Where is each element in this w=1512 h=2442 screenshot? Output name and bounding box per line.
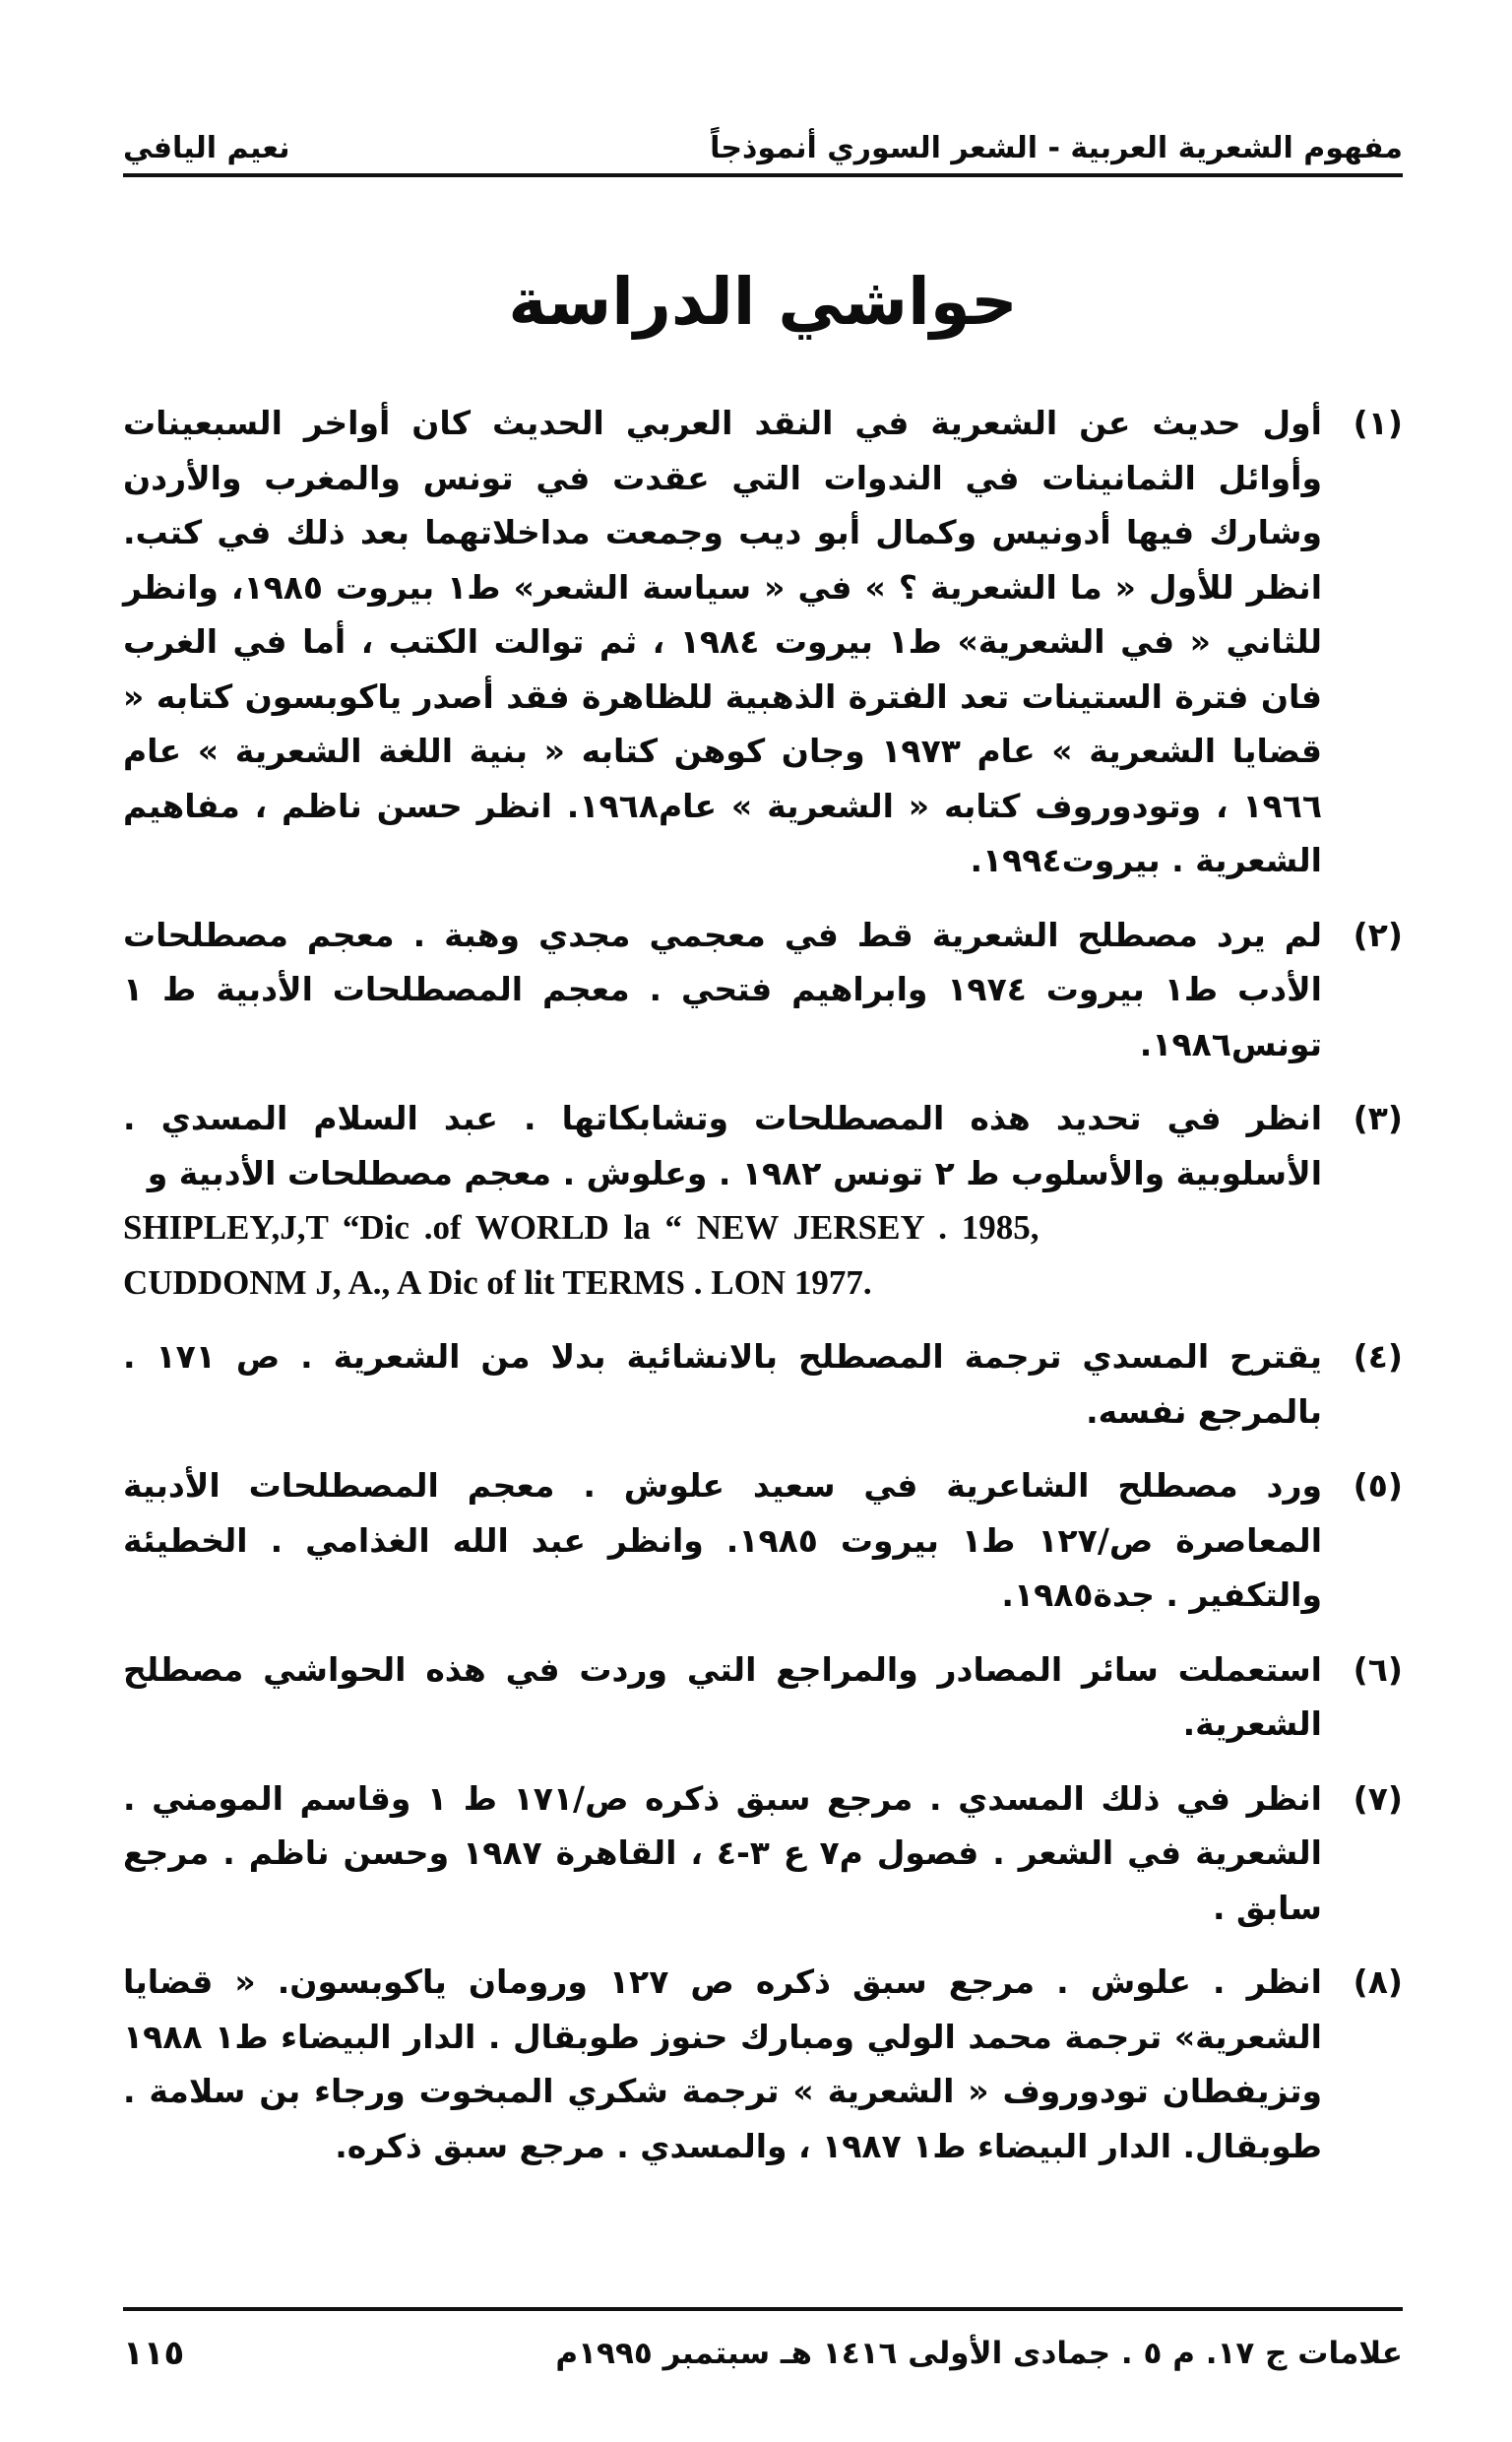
note-3: (٣) انظر في تحديد هذه المصطلحات وتشابكات…: [123, 1091, 1403, 1310]
note-2: (٢) لم يرد مصطلح الشعرية قط في معجمي مجد…: [123, 908, 1403, 1072]
note-5: (٥) ورد مصطلح الشاعرية في سعيد علوش . مع…: [123, 1458, 1403, 1623]
author-name: نعيم اليافي: [123, 131, 289, 165]
book-title: مفهوم الشعرية العربية - الشعر السوري أنم…: [710, 131, 1403, 165]
note-text: ورد مصطلح الشاعرية في سعيد علوش . معجم ا…: [123, 1466, 1322, 1614]
note-latin-reference: CUDDONM J, A., A Dic of lit TERMS . LON …: [123, 1255, 1403, 1311]
footer-rule: [123, 2307, 1403, 2311]
header-rule: [123, 173, 1403, 177]
note-number: (٦): [1332, 1642, 1403, 1698]
note-number: (٨): [1332, 1955, 1403, 2010]
note-6: (٦) استعملت سائر المصادر والمراجع التي و…: [123, 1642, 1403, 1752]
notes-list: (١) أول حديث عن الشعرية في النقد العربي …: [123, 396, 1403, 2193]
note-number: (٥): [1332, 1458, 1403, 1513]
note-text: انظر . علوش . مرجع سبق ذكره ص ١٢٧ ورومان…: [123, 1962, 1322, 2165]
note-text: انظر في تحديد هذه المصطلحات وتشابكاتها .…: [123, 1099, 1322, 1192]
note-text: يقترح المسدي ترجمة المصطلح بالانشائية بد…: [123, 1337, 1322, 1431]
note-latin-reference: SHIPLEY,J,T “Dic .of WORLD la “ NEW JERS…: [123, 1200, 1403, 1255]
note-text: انظر في ذلك المسدي . مرجع سبق ذكره ص/١٧١…: [123, 1779, 1322, 1927]
note-text: لم يرد مصطلح الشعرية قط في معجمي مجدي وه…: [123, 916, 1322, 1063]
note-7: (٧) انظر في ذلك المسدي . مرجع سبق ذكره ص…: [123, 1771, 1403, 1936]
note-number: (٣): [1332, 1091, 1403, 1146]
page-number: ١١٥: [123, 2334, 184, 2373]
journal-info: علامات ج ١٧. م ٥ . جمادى الأولى ١٤١٦ هـ …: [555, 2336, 1403, 2371]
note-number: (٧): [1332, 1771, 1403, 1827]
note-number: (٤): [1332, 1329, 1403, 1384]
note-text: أول حديث عن الشعرية في النقد العربي الحد…: [123, 404, 1322, 879]
running-header: مفهوم الشعرية العربية - الشعر السوري أنم…: [123, 116, 1403, 165]
section-title: حواشي الدراسة: [123, 258, 1403, 347]
note-number: (٢): [1332, 908, 1403, 963]
note-4: (٤) يقترح المسدي ترجمة المصطلح بالانشائي…: [123, 1329, 1403, 1439]
note-8: (٨) انظر . علوش . مرجع سبق ذكره ص ١٢٧ ور…: [123, 1955, 1403, 2173]
note-text: استعملت سائر المصادر والمراجع التي وردت …: [123, 1650, 1322, 1744]
running-footer: علامات ج ١٧. م ٥ . جمادى الأولى ١٤١٦ هـ …: [123, 2324, 1403, 2383]
note-number: (١): [1332, 396, 1403, 451]
note-1: (١) أول حديث عن الشعرية في النقد العربي …: [123, 396, 1403, 888]
